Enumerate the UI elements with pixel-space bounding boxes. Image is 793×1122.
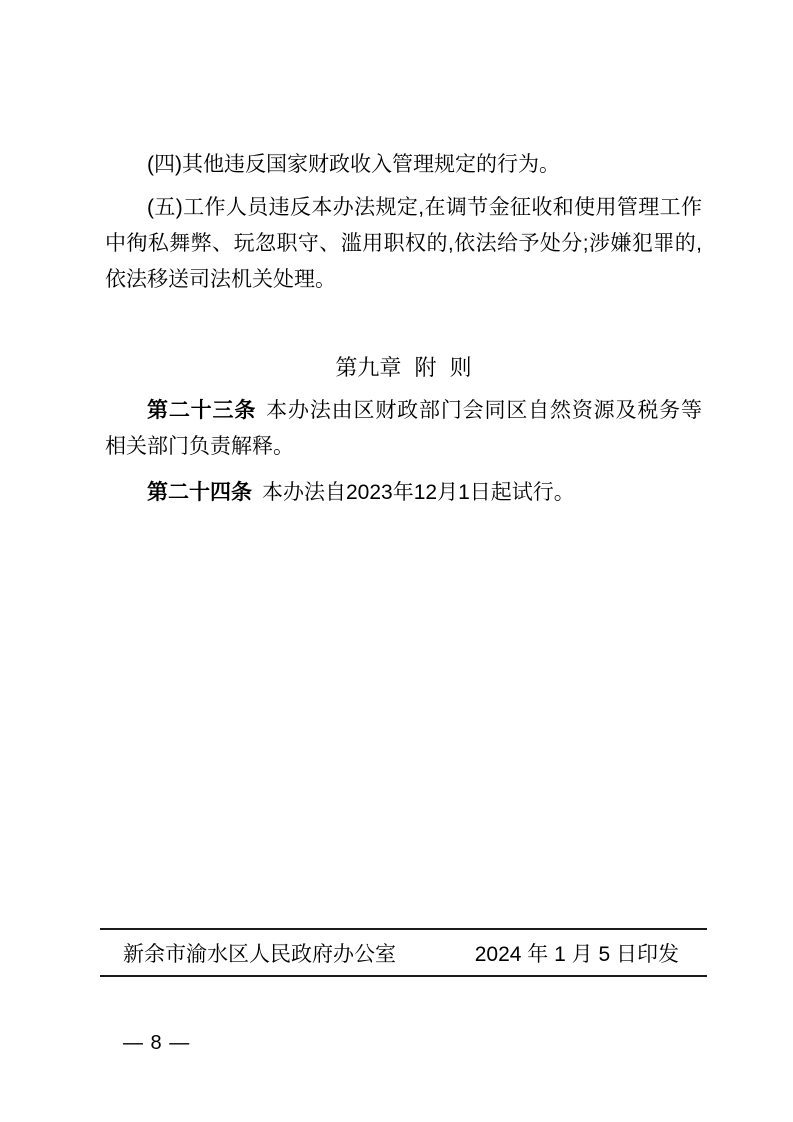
article-number: 第二十三条 (147, 399, 256, 422)
article-number: 第二十四条 (147, 481, 252, 504)
body-paragraph-item-4: (四)其他违反国家财政收入管理规定的行为。 (105, 147, 702, 183)
print-footer: 新余市渝水区人民政府办公室 2024 年 1 月 5 日印发 (100, 928, 707, 977)
body-paragraph-item-5: (五)工作人员违反本办法规定,在调节金征收和使用管理工作中徇私舞弊、玩忽职守、滥… (105, 190, 702, 298)
footer-print-date: 2024 年 1 月 5 日印发 (475, 938, 679, 968)
article-text: 本办法自2023年12月1日起试行。 (262, 481, 575, 504)
page-number: — 8 — (123, 1028, 190, 1058)
document-page: (四)其他违反国家财政收入管理规定的行为。 (五)工作人员违反本办法规定,在调节… (0, 0, 793, 1122)
chapter-heading: 第九章 附 则 (105, 350, 702, 386)
footer-issuer: 新余市渝水区人民政府办公室 (123, 938, 396, 968)
document-body: (四)其他违反国家财政收入管理规定的行为。 (五)工作人员违反本办法规定,在调节… (105, 0, 702, 511)
article-paragraph-24: 第二十四条本办法自2023年12月1日起试行。 (105, 475, 702, 511)
article-paragraph-23: 第二十三条本办法由区财政部门会同区自然资源及税务等相关部门负责解释。 (105, 393, 702, 465)
